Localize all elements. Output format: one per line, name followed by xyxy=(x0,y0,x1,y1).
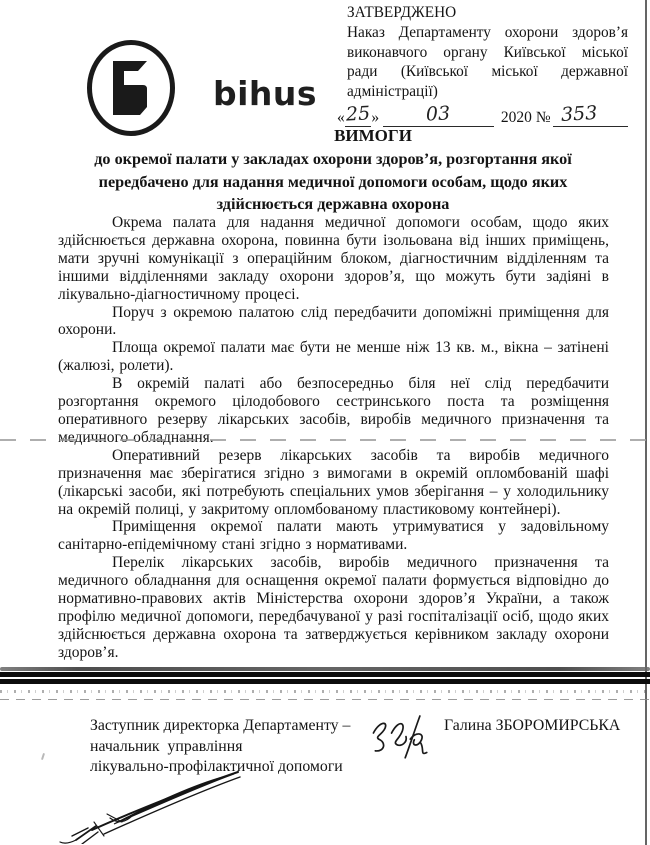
date-month-handwritten: 03 xyxy=(426,106,451,124)
subtitle-line: передбачено для надання медичної допомог… xyxy=(58,171,608,194)
doc-number-field: 353 xyxy=(553,106,628,127)
ink-smudge-line xyxy=(0,667,650,671)
stray-ink-mark xyxy=(41,753,45,760)
approval-line: адміністрації) xyxy=(347,82,628,102)
body-paragraph: Поруч з окремою палатою слід передбачити… xyxy=(58,304,609,340)
doc-subtitle: до окремої палати у закладах охорони здо… xyxy=(58,148,608,216)
signer-title-line: Заступник директорка Департаменту – xyxy=(90,716,380,737)
approval-line: ради (Київської міської державної xyxy=(347,62,628,82)
quill-pen-doodle-icon xyxy=(52,766,247,844)
scan-artifact-dashed-line xyxy=(0,439,650,441)
body-paragraph: Приміщення окремої палати мають утримува… xyxy=(58,518,609,554)
body-paragraph: Площа окремої палати має бути не менше н… xyxy=(58,339,609,375)
signature-scribble-icon xyxy=(362,710,442,765)
approval-label: ЗАТВЕРДЖЕНО xyxy=(347,3,628,23)
approval-date-row: « 25 » 03 2020 № 353 xyxy=(337,105,628,127)
brand-wordmark: bihus xyxy=(213,74,317,113)
body-paragraph: В окремій палаті або безпосередньо біля … xyxy=(58,375,609,447)
date-day-handwritten: 25 xyxy=(346,106,371,124)
date-year: 2020 xyxy=(501,109,532,127)
body-paragraph: Перелік лікарських засобів, виробів меди… xyxy=(58,554,609,661)
date-number-sign: № xyxy=(536,109,551,127)
body-paragraph: Окрема палата для надання медичної допом… xyxy=(58,214,609,304)
redaction-bar-bottom xyxy=(0,679,650,684)
signer-title-line: начальник управління xyxy=(90,737,380,758)
subtitle-line: здійснюється державна охорона xyxy=(58,193,608,216)
doc-heading: ВИМОГИ xyxy=(58,126,608,146)
doc-heading-text: ВИМОГИ xyxy=(334,126,412,146)
date-day-field: 25 xyxy=(345,106,372,127)
speckle-artifact-line xyxy=(0,690,650,693)
approval-line: Наказ Департаменту охорони здоров’я xyxy=(347,23,628,43)
logo-b-monogram-icon xyxy=(113,61,151,115)
body-paragraph: Оперативний резерв лікарських засобів та… xyxy=(58,447,609,519)
approval-line: виконавчого органу Київської міської xyxy=(347,43,628,63)
approval-block: ЗАТВЕРДЖЕНО Наказ Департаменту охорони з… xyxy=(347,3,628,127)
date-open-quote: « xyxy=(337,109,345,127)
dashed-separator-line xyxy=(0,699,650,700)
subtitle-line: до окремої палати у закладах охорони здо… xyxy=(58,148,608,171)
redaction-bar-top xyxy=(0,672,650,677)
date-month-field: 03 xyxy=(383,106,494,127)
redaction-strip xyxy=(0,665,650,705)
doc-number-handwritten: 353 xyxy=(560,105,597,124)
document-body: Окрема палата для надання медичної допом… xyxy=(58,214,609,662)
scanned-document-page: bihus ЗАТВЕРДЖЕНО Наказ Департаменту охо… xyxy=(0,0,650,845)
signer-name: Галина ЗБОРОМИРСЬКА xyxy=(444,717,620,735)
scan-edge-line xyxy=(645,0,647,845)
date-close-quote: » xyxy=(371,109,379,127)
